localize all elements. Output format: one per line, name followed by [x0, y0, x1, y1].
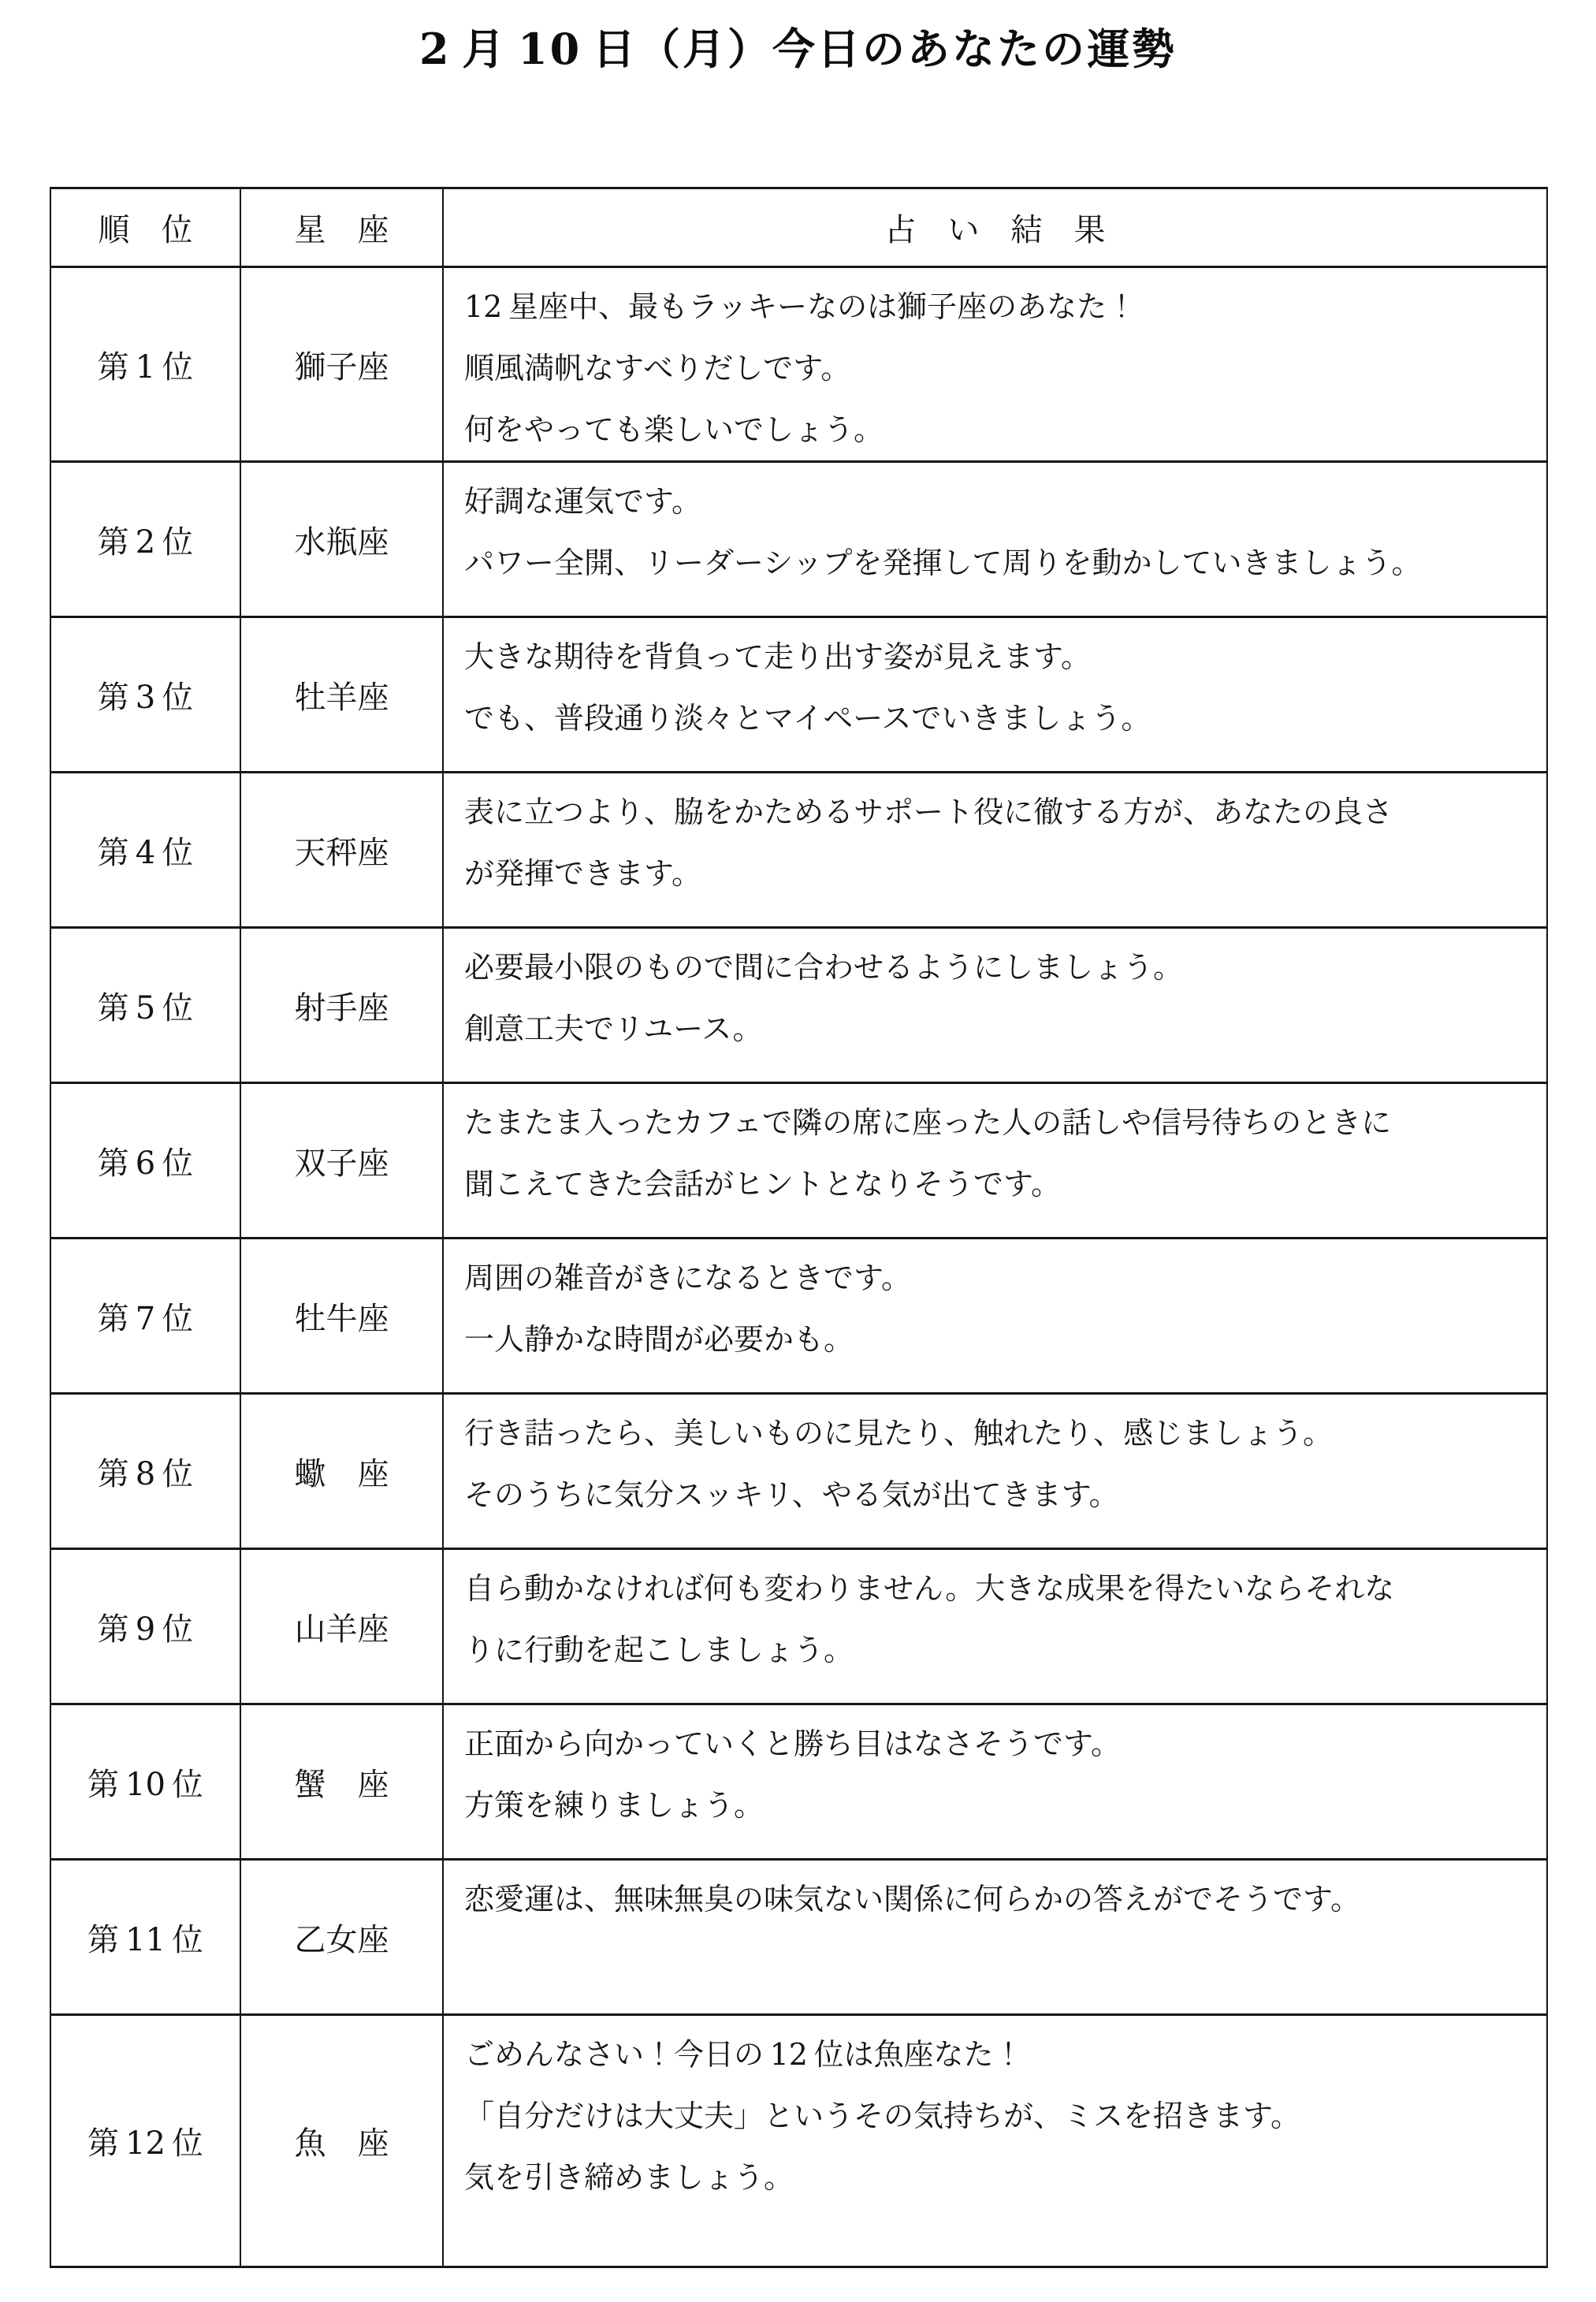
- table-row: 第 4 位 天秤座 表に立つより、脇をかためるサポート役に徹する方が、あなたの良…: [50, 773, 1547, 928]
- result-cell: 12 星座中、最もラッキーなのは獅子座のあなた！順風満帆なすべりだしです。何をや…: [443, 267, 1547, 462]
- sign-cell: 蟹 座: [240, 1704, 443, 1860]
- rank-cell: 第 8 位: [50, 1394, 240, 1549]
- table-row: 第 10 位 蟹 座 正面から向かっていくと勝ち目はなさそうです。方策を練りまし…: [50, 1704, 1547, 1860]
- result-line: りに行動を起こしましょう。: [464, 1619, 1532, 1681]
- result-cell: 必要最小限のもので間に合わせるようにしましょう。創意工夫でリユース。: [443, 928, 1547, 1083]
- sign-cell: 獅子座: [240, 267, 443, 462]
- result-line: でも、普段通り淡々とマイペースでいきましょう。: [464, 687, 1532, 749]
- result-line: 「自分だけは大丈夫」というその気持ちが、ミスを招きます。: [464, 2085, 1532, 2147]
- table-row: 第 5 位 射手座 必要最小限のもので間に合わせるようにしましょう。創意工夫でリ…: [50, 928, 1547, 1083]
- sign-cell: 蠍 座: [240, 1394, 443, 1549]
- result-cell: たまたま入ったカフェで隣の席に座った人の話しや信号待ちのときに聞こえてきた会話が…: [443, 1083, 1547, 1239]
- sign-cell: 牡羊座: [240, 617, 443, 773]
- result-line: 表に立つより、脇をかためるサポート役に徹する方が、あなたの良さ: [464, 781, 1532, 843]
- table-row: 第 3 位 牡羊座 大きな期待を背負って走り出す姿が見えます。でも、普段通り淡々…: [50, 617, 1547, 773]
- result-line: 正面から向かっていくと勝ち目はなさそうです。: [464, 1713, 1532, 1775]
- page-title: 2 月 10 日（月）今日のあなたの運勢: [0, 0, 1596, 76]
- table-row: 第 11 位 乙女座 恋愛運は、無味無臭の味気ない関係に何らかの答えがでそうです…: [50, 1860, 1547, 2015]
- rank-cell: 第 12 位: [50, 2015, 240, 2267]
- result-line: 周囲の雑音がきになるときです。: [464, 1247, 1532, 1309]
- table-row: 第 2 位 水瓶座 好調な運気です。パワー全開、リーダーシップを発揮して周りを動…: [50, 462, 1547, 617]
- rank-cell: 第 9 位: [50, 1549, 240, 1704]
- rank-cell: 第 5 位: [50, 928, 240, 1083]
- rank-cell: 第 3 位: [50, 617, 240, 773]
- result-line: 必要最小限のもので間に合わせるようにしましょう。: [464, 937, 1532, 998]
- table-row: 第 8 位 蠍 座 行き詰ったら、美しいものに見たり、触れたり、感じましょう。そ…: [50, 1394, 1547, 1549]
- header-result: 占 い 結 果: [443, 188, 1547, 267]
- sign-cell: 魚 座: [240, 2015, 443, 2267]
- result-cell: 好調な運気です。パワー全開、リーダーシップを発揮して周りを動かしていきましょう。: [443, 462, 1547, 617]
- result-line: 大きな期待を背負って走り出す姿が見えます。: [464, 626, 1532, 687]
- table-row: 第 9 位 山羊座 自ら動かなければ何も変わりません。大きな成果を得たいならそれ…: [50, 1549, 1547, 1704]
- result-line: 12 星座中、最もラッキーなのは獅子座のあなた！: [464, 276, 1532, 337]
- table-header-row: 順 位 星 座 占 い 結 果: [50, 188, 1547, 267]
- result-cell: 周囲の雑音がきになるときです。一人静かな時間が必要かも。: [443, 1239, 1547, 1394]
- rank-cell: 第 10 位: [50, 1704, 240, 1860]
- table-row: 第 6 位 双子座 たまたま入ったカフェで隣の席に座った人の話しや信号待ちのとき…: [50, 1083, 1547, 1239]
- table-row: 第 1 位 獅子座 12 星座中、最もラッキーなのは獅子座のあなた！順風満帆なす…: [50, 267, 1547, 462]
- sign-cell: 牡牛座: [240, 1239, 443, 1394]
- result-line: たまたま入ったカフェで隣の席に座った人の話しや信号待ちのときに: [464, 1092, 1532, 1153]
- header-rank: 順 位: [50, 188, 240, 267]
- result-line: 創意工夫でリユース。: [464, 998, 1532, 1060]
- sign-cell: 双子座: [240, 1083, 443, 1239]
- result-line: が発揮できます。: [464, 843, 1532, 904]
- sign-cell: 山羊座: [240, 1549, 443, 1704]
- result-line: 何をやっても楽しいでしょう。: [464, 399, 1532, 460]
- result-line: 一人静かな時間が必要かも。: [464, 1309, 1532, 1370]
- result-line: 聞こえてきた会話がヒントとなりそうです。: [464, 1153, 1532, 1215]
- result-cell: ごめんなさい！今日の 12 位は魚座なた！「自分だけは大丈夫」というその気持ちが…: [443, 2015, 1547, 2267]
- result-line: 気を引き締めましょう。: [464, 2147, 1532, 2208]
- result-line: そのうちに気分スッキリ、やる気が出てきます。: [464, 1464, 1532, 1525]
- result-line: 方策を練りましょう。: [464, 1775, 1532, 1836]
- result-line: 順風満帆なすべりだしです。: [464, 337, 1532, 399]
- table-row: 第 7 位 牡牛座 周囲の雑音がきになるときです。一人静かな時間が必要かも。: [50, 1239, 1547, 1394]
- result-line: 行き詰ったら、美しいものに見たり、触れたり、感じましょう。: [464, 1402, 1532, 1464]
- fortune-table-body: 第 1 位 獅子座 12 星座中、最もラッキーなのは獅子座のあなた！順風満帆なす…: [50, 267, 1547, 2267]
- result-cell: 大きな期待を背負って走り出す姿が見えます。でも、普段通り淡々とマイペースでいきま…: [443, 617, 1547, 773]
- fortune-table: 順 位 星 座 占 い 結 果 第 1 位 獅子座 12 星座中、最もラッキーな…: [50, 187, 1548, 2268]
- rank-cell: 第 2 位: [50, 462, 240, 617]
- document-page: { "title": "2\u2009月\u200910\u2009日（月）今日…: [0, 0, 1596, 2302]
- rank-cell: 第 4 位: [50, 773, 240, 928]
- rank-cell: 第 7 位: [50, 1239, 240, 1394]
- table-row: 第 12 位 魚 座 ごめんなさい！今日の 12 位は魚座なた！「自分だけは大丈…: [50, 2015, 1547, 2267]
- result-cell: 自ら動かなければ何も変わりません。大きな成果を得たいならそれなりに行動を起こしま…: [443, 1549, 1547, 1704]
- result-line: 好調な運気です。: [464, 471, 1532, 532]
- header-sign: 星 座: [240, 188, 443, 267]
- sign-cell: 天秤座: [240, 773, 443, 928]
- result-line: ごめんなさい！今日の 12 位は魚座なた！: [464, 2024, 1532, 2085]
- result-line: 自ら動かなければ何も変わりません。大きな成果を得たいならそれな: [464, 1558, 1532, 1619]
- result-cell: 恋愛運は、無味無臭の味気ない関係に何らかの答えがでそうです。: [443, 1860, 1547, 2015]
- rank-cell: 第 1 位: [50, 267, 240, 462]
- rank-cell: 第 11 位: [50, 1860, 240, 2015]
- result-line: パワー全開、リーダーシップを発揮して周りを動かしていきましょう。: [464, 532, 1532, 594]
- result-line: 恋愛運は、無味無臭の味気ない関係に何らかの答えがでそうです。: [464, 1868, 1532, 1930]
- sign-cell: 水瓶座: [240, 462, 443, 617]
- sign-cell: 射手座: [240, 928, 443, 1083]
- sign-cell: 乙女座: [240, 1860, 443, 2015]
- result-cell: 行き詰ったら、美しいものに見たり、触れたり、感じましょう。そのうちに気分スッキリ…: [443, 1394, 1547, 1549]
- result-cell: 正面から向かっていくと勝ち目はなさそうです。方策を練りましょう。: [443, 1704, 1547, 1860]
- result-cell: 表に立つより、脇をかためるサポート役に徹する方が、あなたの良さが発揮できます。: [443, 773, 1547, 928]
- rank-cell: 第 6 位: [50, 1083, 240, 1239]
